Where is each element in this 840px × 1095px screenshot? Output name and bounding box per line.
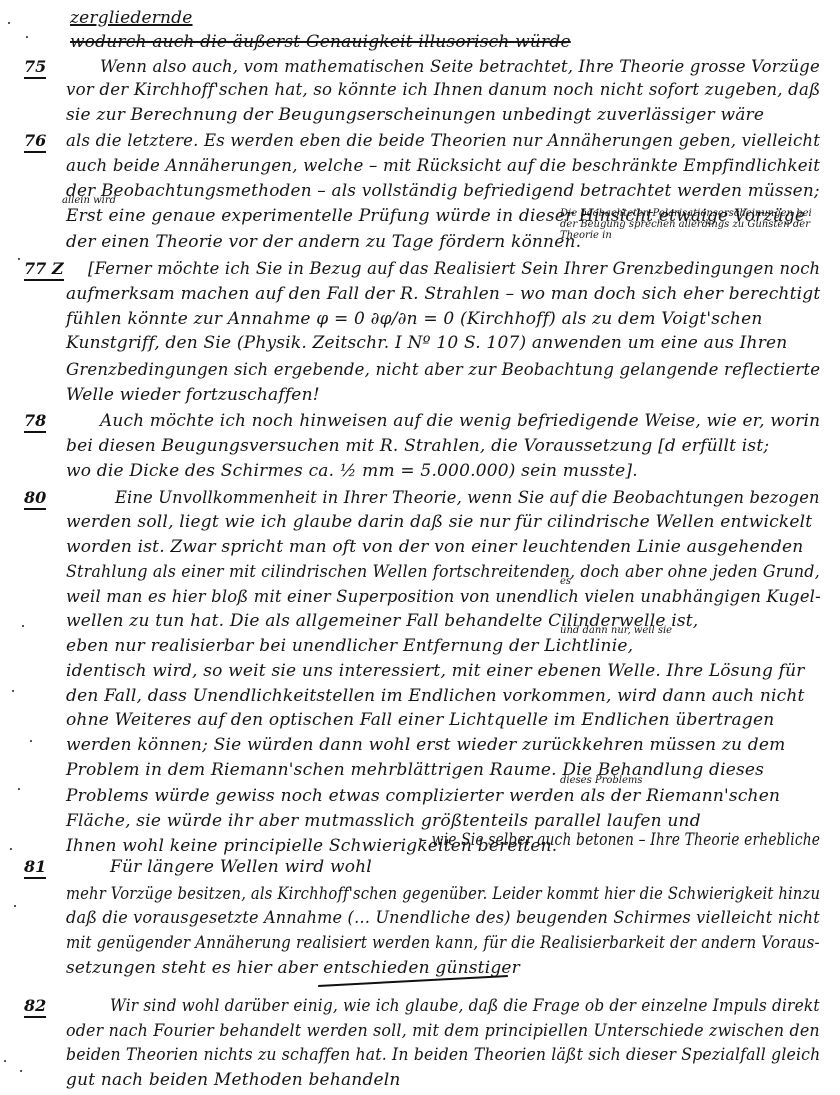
scan-speck [8, 22, 10, 24]
manuscript-line: mit genügender Annäherung realisiert wer… [66, 933, 820, 953]
manuscript-line: sie zur Berechnung der Beugungserscheinu… [66, 105, 764, 125]
margin-number: 82 [24, 996, 46, 1018]
interlinear-insertion: es [560, 576, 571, 587]
margin-number: 78 [24, 411, 46, 433]
manuscript-line: daß die vorausgesetzte Annahme (… Unendl… [66, 908, 820, 928]
manuscript-line: gut nach beiden Methoden behandeln [66, 1070, 401, 1090]
margin-number: 80 [24, 488, 46, 510]
manuscript-line: Strahlung als einer mit cilindrischen We… [66, 562, 820, 582]
manuscript-line: Für längere Wellen wird wohl [110, 857, 372, 877]
manuscript-line: weil man es hier bloß mit einer Superpos… [66, 587, 821, 607]
scan-speck [14, 905, 16, 907]
manuscript-line: als die letztere. Es werden eben die bei… [66, 131, 820, 151]
scan-speck [10, 848, 12, 850]
manuscript-line: mehr Vorzüge besitzen, als Kirchhoff'sch… [66, 884, 820, 904]
manuscript-line: Problem in dem Riemann'schen mehrblättri… [66, 760, 764, 780]
scan-speck [4, 1060, 6, 1062]
manuscript-line: aufmerksam machen auf den Fall der R. St… [66, 284, 820, 304]
manuscript-line: Wir sind wohl darüber einig, wie ich gla… [110, 996, 820, 1016]
manuscript-line: der Beobachtungsmethoden – als vollständ… [66, 181, 820, 201]
manuscript-page: zergliederndewodurch auch die äußerst Ge… [0, 0, 840, 1095]
manuscript-line: Wenn also auch, vom mathematischen Seite… [100, 57, 820, 77]
scan-speck [30, 740, 32, 742]
margin-number: 76 [24, 131, 46, 153]
interlinear-insertion: und dann nur, weil sie [560, 625, 672, 636]
margin-number: 77 Z [24, 259, 64, 281]
manuscript-line: auch beide Annäherungen, welche – mit Rü… [66, 156, 820, 176]
manuscript-line: den Fall, dass Unendlichkeitstellen im E… [66, 686, 805, 706]
margin-number: 75 [24, 57, 46, 79]
manuscript-line: werden können; Sie würden dann wohl erst… [66, 735, 785, 755]
manuscript-line: Kunstgriff, den Sie (Physik. Zeitschr. I… [66, 333, 787, 353]
scan-speck [18, 258, 20, 260]
manuscript-line: Fläche, sie würde ihr aber mutmasslich g… [66, 811, 701, 831]
manuscript-line: Welle wieder fortzuschaffen! [66, 385, 320, 405]
manuscript-line: der einen Theorie vor der andern zu Tage… [66, 232, 581, 252]
manuscript-line: wodurch auch die äußerst Genauigkeit ill… [70, 32, 571, 52]
manuscript-line: Eine Unvollkommenheit in Ihrer Theorie, … [115, 488, 820, 508]
manuscript-line: zergliedernde [70, 8, 193, 28]
manuscript-line: [Ferner möchte ich Sie in Bezug auf das … [88, 259, 820, 279]
manuscript-line: setzungen steht es hier aber entschieden… [66, 958, 520, 978]
manuscript-line: oder nach Fourier behandelt werden soll,… [66, 1021, 820, 1041]
manuscript-line: wo die Dicke des Schirmes ca. ½ mm = 5.0… [66, 461, 638, 481]
manuscript-line: fühlen könnte zur Annahme φ = 0 ∂φ/∂n = … [66, 309, 762, 329]
interlinear-insertion: allein wird [62, 195, 116, 206]
manuscript-line: Auch möchte ich noch hinweisen auf die w… [100, 411, 820, 431]
manuscript-line: ohne Weiteres auf den optischen Fall ein… [66, 710, 774, 730]
margin-number: 81 [24, 857, 46, 879]
scan-speck [20, 1070, 22, 1072]
interlinear-insertion: Die beobachteten Polarisationserscheinun… [560, 208, 830, 241]
scan-speck [22, 625, 24, 627]
manuscript-line: beiden Theorien nichts zu schaffen hat. … [66, 1045, 820, 1065]
manuscript-line: Problems würde gewiss noch etwas compliz… [66, 786, 780, 806]
manuscript-line: vor der Kirchhoff'schen hat, so könnte i… [66, 80, 820, 100]
scan-speck [26, 36, 28, 38]
manuscript-line: worden ist. Zwar spricht man oft von der… [66, 537, 803, 557]
manuscript-line: Grenzbedingungen sich ergebende, nicht a… [66, 360, 820, 380]
manuscript-line: bei diesen Beugungsversuchen mit R. Stra… [66, 436, 769, 456]
scan-speck [12, 690, 14, 692]
manuscript-line: eben nur realisierbar bei unendlicher En… [66, 636, 633, 656]
manuscript-line: identisch wird, so weit sie uns interess… [66, 661, 805, 681]
manuscript-line: werden soll, liegt wie ich glaube darin … [66, 512, 812, 532]
interlinear-insertion: dieses Problems [560, 775, 643, 786]
scan-speck [18, 788, 20, 790]
manuscript-line: – wie Sie selber auch betonen – Ihre The… [420, 830, 820, 850]
